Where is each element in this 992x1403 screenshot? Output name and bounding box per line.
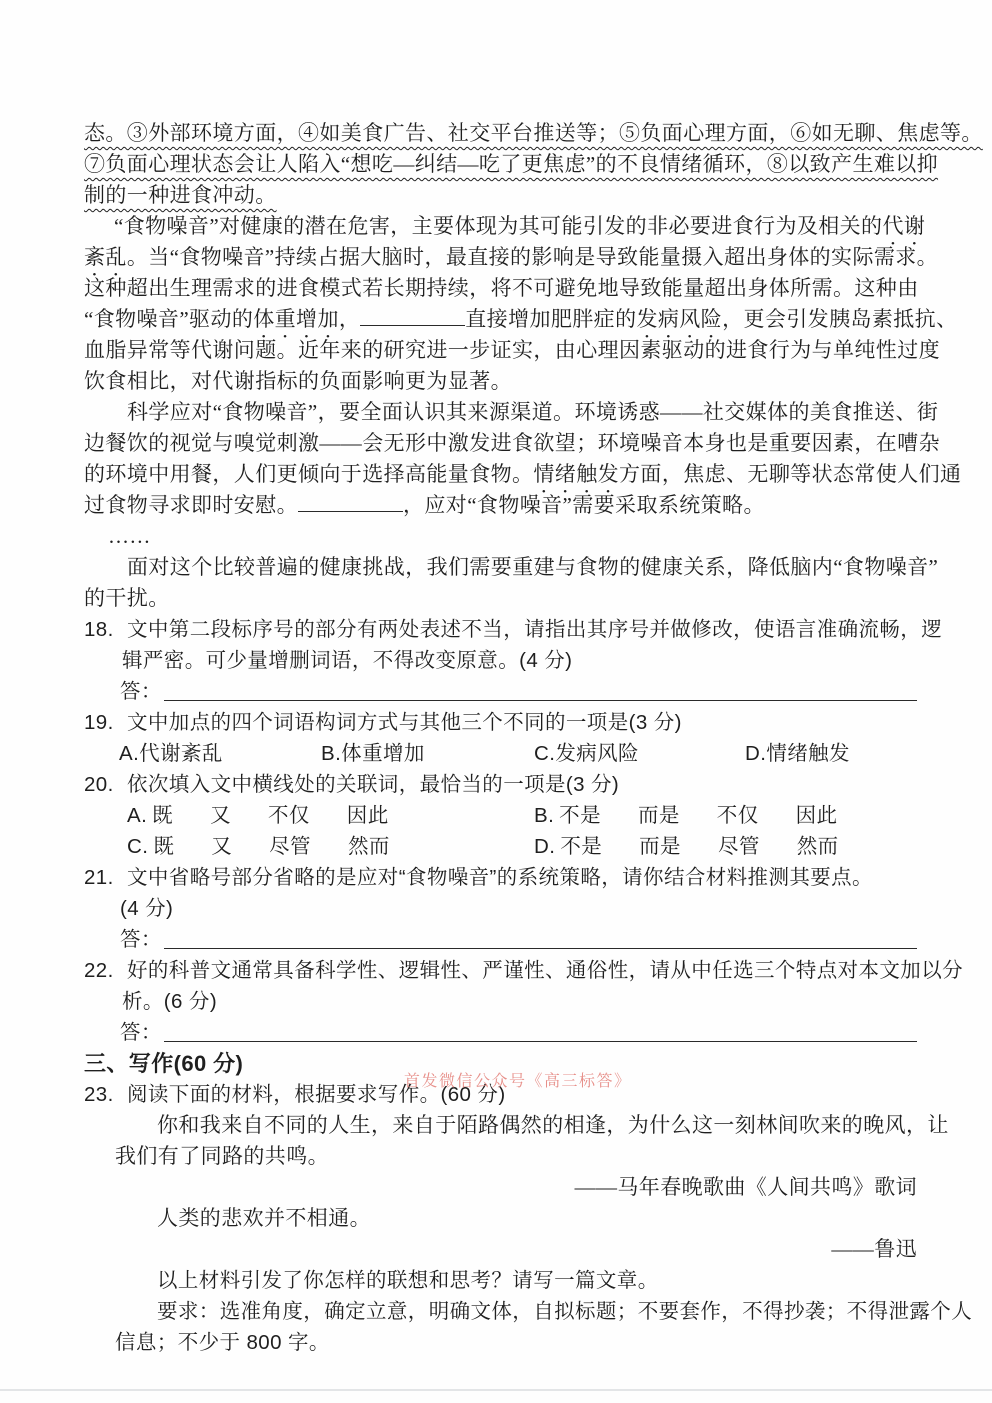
option-label: C.	[127, 831, 148, 862]
option-word: 不是	[559, 800, 601, 831]
option-word: 不仅	[717, 800, 759, 831]
option-text: 发病风险	[555, 742, 639, 765]
answer-line-q18: 答：	[84, 676, 917, 707]
question-20-options-row1: A.既又不仅因此 B.不是而是不仅因此	[84, 800, 917, 831]
ellipsis-text: ……	[108, 524, 151, 548]
requirements-text: 要求：选准角度，确定立意，明确文体，自拟标题；不要套作，不得抄袭；不得泄露个人	[157, 1300, 972, 1323]
passage-line: 紊乱。当“食物噪音”持续占据大脑时，最直接的影响是导致能量摄入超出身体的实际需求…	[84, 242, 917, 273]
question-21-line: (4 分)	[84, 893, 917, 924]
emphasis-word: 紊乱	[84, 245, 127, 269]
emphasis-word: 情绪触发	[533, 462, 619, 486]
question-text: (4 分)	[120, 897, 173, 920]
question-21-line: 21.文中省略号部分省略的是应对“食物噪音”的系统策略，请你结合材料推测其要点。	[84, 862, 917, 893]
answer-rule	[162, 1017, 917, 1048]
material-source: ——马年春晚歌曲《人间共鸣》歌词	[575, 1175, 917, 1199]
option-word: 尽管	[718, 831, 760, 862]
option-label: B.	[321, 742, 341, 765]
material-line: 你和我来自不同的人生，来自于陌路偶然的相逢，为什么这一刻林间吹来的晚风，让	[84, 1110, 917, 1141]
writing-requirements-line: 信息；不少于 800 字。	[84, 1327, 917, 1358]
option-d: D.不是而是尽管然而	[534, 831, 876, 862]
answer-line-q21: 答：	[84, 924, 917, 955]
question-number: 20.	[84, 769, 127, 800]
option-d: D.情绪触发	[745, 738, 850, 769]
option-label: C.	[534, 742, 555, 765]
passage-line: 制的一种进食冲动。	[84, 180, 917, 211]
requirements-text: 信息；不少于 800 字。	[115, 1331, 330, 1354]
option-word: 不仅	[268, 800, 310, 831]
passage-text: 方面，焦虑、无聊等状态常使人们通	[619, 462, 961, 486]
option-a: A.代谢紊乱	[119, 738, 321, 769]
option-word: 因此	[796, 800, 838, 831]
option-text: 代谢紊乱	[139, 742, 223, 765]
option-word: 尽管	[269, 831, 311, 862]
passage-text: 饮食相比，对代谢指标的负面影响更为显著。	[84, 369, 512, 393]
writing-requirements-line: 要求：选准角度，确定立意，明确文体，自拟标题；不要套作，不得抄袭；不得泄露个人	[84, 1296, 917, 1327]
option-c: C.发病风险	[534, 738, 745, 769]
option-label: D.	[534, 831, 555, 862]
question-22-line: 22.好的科普文通常具备科学性、逻辑性、严谨性、通俗性，请从中任选三个特点对本文…	[84, 955, 917, 986]
question-text: 好的科普文通常具备科学性、逻辑性、严谨性、通俗性，请从中任选三个特点对本文加以分	[127, 959, 963, 982]
material-line: 我们有了同路的共鸣。	[84, 1141, 917, 1172]
option-text: 体重增加	[341, 742, 425, 765]
option-b: B.体重增加	[321, 738, 534, 769]
question-19-line: 19.文中加点的四个词语构词方式与其他三个不同的一项是(3 分)	[84, 707, 917, 738]
option-word: 然而	[348, 831, 390, 862]
passage-text: 的干扰。	[84, 586, 170, 610]
material-line: 人类的悲欢并不相通。	[84, 1203, 917, 1234]
option-b: B.不是而是不仅因此	[534, 800, 874, 831]
question-text: 依次填入文中横线处的关联词，最恰当的一项是(3 分)	[127, 773, 619, 796]
passage-text: ，应对“食物噪音”需要采取系统策略。	[403, 493, 765, 517]
section-title-text: 三、写作(60 分)	[84, 1051, 243, 1076]
question-19-options: A.代谢紊乱 B.体重增加 C.发病风险 D.情绪触发	[84, 738, 917, 769]
option-word: 又	[210, 800, 231, 831]
question-number: 19.	[84, 707, 127, 738]
question-22-line: 析。(6 分)	[84, 986, 917, 1017]
question-text: 辑严密。可少量增删词语，不得改变原意。(4 分)	[122, 649, 572, 672]
prompt-text: 以上材料引发了你怎样的联想和思考？请写一篇文章。	[157, 1269, 659, 1292]
question-text: 文中第二段标序号的部分有两处表述不当，请指出其序号并做修改，使语言准确流畅，逻	[127, 618, 942, 641]
option-word: 而是	[638, 800, 680, 831]
question-18-line: 辑严密。可少量增删词语，不得改变原意。(4 分)	[84, 645, 917, 676]
question-number: 23.	[84, 1079, 127, 1110]
option-word: 不是	[560, 831, 602, 862]
emphasis-word: 发病风险	[636, 307, 722, 331]
red-watermark-text: 首发微信公众号《高三标答》	[404, 1072, 632, 1092]
option-word: 然而	[797, 831, 839, 862]
material-text: 人类的悲欢并不相通。	[157, 1206, 371, 1230]
passage-text: “食物噪音”对健康的潜在危害，主要体现为其可能引发的非必要进食行为及相关的	[114, 214, 882, 238]
answer-line-q22: 答：	[84, 1017, 917, 1048]
wavy-underlined-text: 制的一种进食冲动。	[84, 183, 277, 207]
option-label: A.	[127, 800, 147, 831]
passage-line: “食物噪音”对健康的潜在危害，主要体现为其可能引发的非必要进食行为及相关的代谢	[84, 211, 917, 242]
option-label: D.	[745, 742, 766, 765]
answer-rule	[162, 924, 917, 955]
passage-text: 直接增加肥胖症的	[465, 307, 636, 331]
passage-line: 边餐饮的视觉与嗅觉刺激——会无形中激发进食欲望；环境噪音本身也是重要因素，在嘈杂	[84, 428, 917, 459]
material-text: 我们有了同路的共鸣。	[115, 1144, 329, 1168]
question-number: 22.	[84, 955, 127, 986]
answer-rule	[162, 676, 917, 707]
question-number: 18.	[84, 614, 127, 645]
wavy-underlined-text: 态。③外部环境方面，④如美食广告、社交平台推送等；⑤负面心理方面，⑥如无聊、焦虑…	[84, 121, 983, 145]
writing-prompt-line: 以上材料引发了你怎样的联想和思考？请写一篇文章。	[84, 1265, 917, 1296]
passage-text: 科学应对“食物噪音”，要全面认识其来源渠道。环境诱惑——社交媒体的美食推送、街	[127, 400, 938, 424]
fill-in-blank	[298, 495, 403, 512]
passage-text: 过食物寻求即时安慰。	[84, 493, 298, 517]
passage-line: 的干扰。	[84, 583, 917, 614]
passage-text: 边餐饮的视觉与嗅觉刺激——会无形中激发进食欲望；环境噪音本身也是重要因素，在嘈杂	[84, 431, 940, 455]
passage-text: “食物噪音”驱动的	[84, 307, 253, 331]
passage-line: 过食物寻求即时安慰。，应对“食物噪音”需要采取系统策略。	[84, 490, 917, 521]
question-18-line: 18.文中第二段标序号的部分有两处表述不当，请指出其序号并做修改，使语言准确流畅…	[84, 614, 917, 645]
passage-text: 的环境中用餐，人们更倾向于选择高能量食物。	[84, 462, 533, 486]
passage-line: 饮食相比，对代谢指标的负面影响更为显著。	[84, 366, 917, 397]
question-20-options-row2: C.既又尽管然而 D.不是而是尽管然而	[84, 831, 917, 862]
option-label: B.	[534, 800, 554, 831]
passage-line: 科学应对“食物噪音”，要全面认识其来源渠道。环境诱惑——社交媒体的美食推送、街	[84, 397, 917, 428]
question-text: 文中省略号部分省略的是应对“食物噪音”的系统策略，请你结合材料推测其要点。	[127, 866, 873, 889]
passage-line: 态。③外部环境方面，④如美食广告、社交平台推送等；⑤负面心理方面，⑥如无聊、焦虑…	[84, 118, 917, 149]
material-source-line: ——鲁迅	[84, 1234, 917, 1265]
option-word: 又	[211, 831, 232, 862]
answer-label: 答：	[120, 924, 162, 955]
passage-line: 的环境中用餐，人们更倾向于选择高能量食物。情绪触发方面，焦虑、无聊等状态常使人们…	[84, 459, 917, 490]
option-word: 而是	[639, 831, 681, 862]
document-body: 态。③外部环境方面，④如美食广告、社交平台推送等；⑤负面心理方面，⑥如无聊、焦虑…	[84, 118, 917, 1358]
scan-page-edge	[0, 1389, 992, 1391]
passage-line: 这种超出生理需求的进食模式若长期持续，将不可避免地导致能量超出身体所需。这种由	[84, 273, 917, 304]
question-text: 文中加点的四个词语构词方式与其他三个不同的一项是(3 分)	[127, 711, 682, 734]
passage-line: ⑦负面心理状态会让人陷入“想吃—纠结—吃了更焦虑”的不良情绪循环，⑧以致产生难以…	[84, 149, 917, 180]
wavy-underlined-text: ⑦负面心理状态会让人陷入“想吃—纠结—吃了更焦虑”的不良情绪循环，⑧以致产生难以…	[84, 152, 938, 176]
answer-label: 答：	[120, 1017, 162, 1048]
material-source: ——鲁迅	[831, 1237, 917, 1261]
option-label: A.	[119, 742, 139, 765]
passage-text: ，	[339, 307, 360, 331]
passage-text: 面对这个比较普遍的健康挑战，我们需要重建与食物的健康关系，降低脑内“食物噪音”	[127, 555, 938, 579]
fill-in-blank	[360, 309, 465, 326]
option-word: 既	[152, 800, 173, 831]
option-word: 因此	[347, 800, 389, 831]
passage-line: “食物噪音”驱动的体重增加，直接增加肥胖症的发病风险，更会引发胰岛素抵抗、	[84, 304, 917, 335]
material-source-line: ——马年春晚歌曲《人间共鸣》歌词	[84, 1172, 917, 1203]
passage-line: 血脂异常等代谢问题。近年来的研究进一步证实，由心理因素驱动的进食行为与单纯性过度	[84, 335, 917, 366]
passage-line: 面对这个比较普遍的健康挑战，我们需要重建与食物的健康关系，降低脑内“食物噪音”	[84, 552, 917, 583]
material-text: 你和我来自不同的人生，来自于陌路偶然的相逢，为什么这一刻林间吹来的晚风，让	[157, 1113, 949, 1137]
passage-line: ……	[84, 521, 917, 552]
emphasis-word: 体重增加	[253, 307, 339, 331]
emphasis-word: 代谢	[882, 214, 925, 238]
passage-text: 这种超出生理需求的进食模式若长期持续，将不可避免地导致能量超出身体所需。这种由	[84, 276, 919, 300]
passage-text: 。当“食物噪音”持续占据大脑时，最直接的影响是导致能量摄入超出身体的实际需求。	[127, 245, 938, 269]
option-c: C.既又尽管然而	[127, 831, 534, 862]
question-number: 21.	[84, 862, 127, 893]
question-text: 析。(6 分)	[122, 990, 217, 1013]
passage-text: 血脂异常等代谢问题。近年来的研究进一步证实，由心理因素驱动的进食行为与单纯性过度	[84, 338, 940, 362]
option-a: A.既又不仅因此	[127, 800, 534, 831]
option-word: 既	[153, 831, 174, 862]
exam-page: 态。③外部环境方面，④如美食广告、社交平台推送等；⑤负面心理方面，⑥如无聊、焦虑…	[0, 0, 992, 1403]
passage-text: ，更会引发胰岛素抵抗、	[722, 307, 957, 331]
answer-label: 答：	[120, 676, 162, 707]
option-text: 情绪触发	[766, 742, 850, 765]
question-20-line: 20.依次填入文中横线处的关联词，最恰当的一项是(3 分)	[84, 769, 917, 800]
